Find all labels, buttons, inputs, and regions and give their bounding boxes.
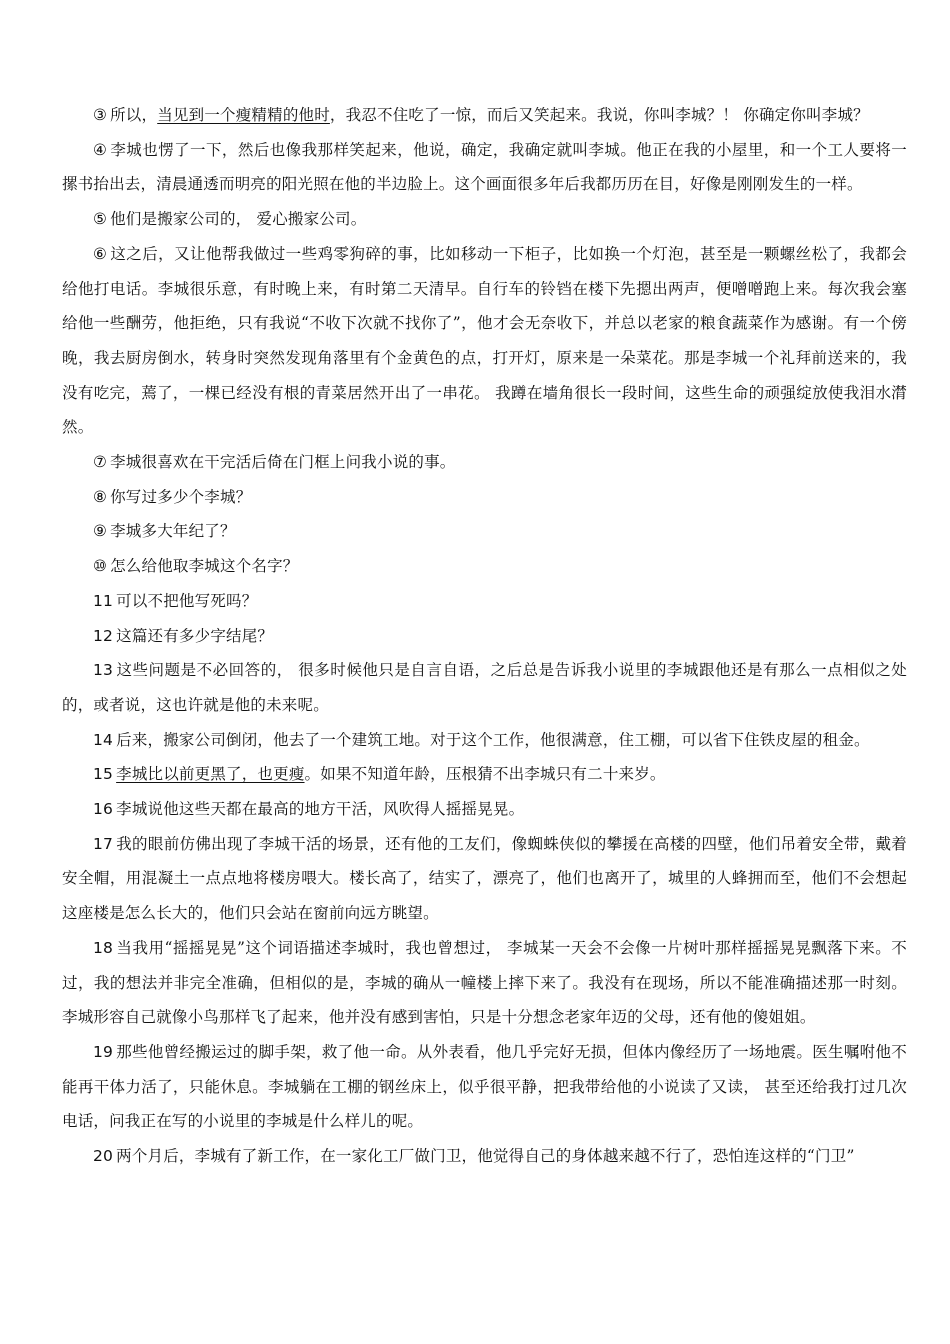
paragraph-text: 那些他曾经搬运过的脚手架，救了他一命。从外表看，他几乎完好无损，但体内像经历了一… bbox=[62, 1043, 907, 1130]
underlined-phrase: 李城比以前更黑了，也更瘦 bbox=[116, 765, 304, 783]
paragraph-11: 11可以不把他写死吗？ bbox=[62, 584, 907, 619]
paragraph-text: 怎么给他取李城这个名字？ bbox=[110, 557, 298, 575]
paragraph-number: 20 bbox=[93, 1147, 113, 1165]
paragraph-7: ⑦李城很喜欢在干完活后倚在门框上问我小说的事。 bbox=[62, 445, 907, 480]
paragraph-3: ③所以，当见到一个瘦精精的他时，我忍不住吃了一惊，而后又笑起来。我说，你叫李城？… bbox=[62, 98, 907, 133]
paragraph-text: 他们是搬家公司的， 爱心搬家公司。 bbox=[110, 210, 366, 228]
paragraph-13: 13这些问题是不必回答的， 很多时候他只是自言自语，之后总是告诉我小说里的李城跟… bbox=[62, 653, 907, 722]
paragraph-4: ④李城也愣了一下，然后也像我那样笑起来，他说，确定，我确定就叫李城。他正在我的小… bbox=[62, 133, 907, 202]
paragraph-number: 19 bbox=[93, 1043, 113, 1061]
paragraph-number: 16 bbox=[93, 800, 113, 818]
paragraph-text: 可以不把他写死吗？ bbox=[116, 592, 257, 610]
paragraph-number: 18 bbox=[93, 939, 113, 957]
paragraph-text: 我的眼前仿佛出现了李城干活的场景，还有他的工友们，像蜘蛛侠似的攀援在高楼的四壁，… bbox=[62, 835, 907, 922]
paragraph-number: 12 bbox=[93, 627, 113, 645]
paragraph-text: 李城很喜欢在干完活后倚在门框上问我小说的事。 bbox=[110, 453, 455, 471]
paragraph-number: ⑤ bbox=[93, 210, 107, 228]
paragraph-14: 14后来，搬家公司倒闭，他去了一个建筑工地。对于这个工作，他很满意，住工棚，可以… bbox=[62, 723, 907, 758]
paragraph-9: ⑨李城多大年纪了？ bbox=[62, 514, 907, 549]
paragraph-number: 13 bbox=[93, 661, 113, 679]
paragraph-text: 这之后，又让他帮我做过一些鸡零狗碎的事，比如移动一下柜子，比如换一个灯泡，甚至是… bbox=[62, 245, 907, 437]
paragraph-text: 后来，搬家公司倒闭，他去了一个建筑工地。对于这个工作，他很满意，住工棚，可以省下… bbox=[116, 731, 870, 749]
paragraph-6: ⑥这之后，又让他帮我做过一些鸡零狗碎的事，比如移动一下柜子，比如换一个灯泡，甚至… bbox=[62, 237, 907, 445]
paragraph-number: 14 bbox=[93, 731, 113, 749]
paragraph-12: 12这篇还有多少字结尾？ bbox=[62, 619, 907, 654]
paragraph-number: 17 bbox=[93, 835, 113, 853]
paragraph-number: ⑨ bbox=[93, 522, 107, 540]
paragraph-8: ⑧你写过多少个李城？ bbox=[62, 480, 907, 515]
paragraph-text: 李城说他这些天都在最高的地方干活，风吹得人摇摇晃晃。 bbox=[116, 800, 524, 818]
paragraph-text-tail: 。如果不知道年龄，压根猜不出李城只有二十来岁。 bbox=[305, 765, 666, 783]
underlined-phrase: 当见到一个瘦精精的他时 bbox=[157, 106, 330, 124]
paragraph-number: ③ bbox=[93, 106, 107, 124]
paragraph-18: 18当我用“摇摇晃晃”这个词语描述李城时，我也曾想过， 李城某一天会不会像一片树… bbox=[62, 931, 907, 1035]
paragraph-text-tail: ，我忍不住吃了一惊，而后又笑起来。我说，你叫李城？！ 你确定你叫李城？ bbox=[330, 106, 869, 124]
paragraph-text: 当我用“摇摇晃晃”这个词语描述李城时，我也曾想过， 李城某一天会不会像一片树叶那… bbox=[62, 939, 907, 1026]
paragraph-text: 李城也愣了一下，然后也像我那样笑起来，他说，确定，我确定就叫李城。他正在我的小屋… bbox=[62, 141, 907, 194]
paragraph-text: 这些问题是不必回答的， 很多时候他只是自言自语，之后总是告诉我小说里的李城跟他还… bbox=[62, 661, 907, 714]
paragraph-15: 15李城比以前更黑了，也更瘦。如果不知道年龄，压根猜不出李城只有二十来岁。 bbox=[62, 757, 907, 792]
paragraph-16: 16李城说他这些天都在最高的地方干活，风吹得人摇摇晃晃。 bbox=[62, 792, 907, 827]
paragraph-number: ④ bbox=[93, 141, 107, 159]
paragraph-number: ⑧ bbox=[93, 488, 107, 506]
paragraph-10: ⑩怎么给他取李城这个名字？ bbox=[62, 549, 907, 584]
paragraph-number: ⑩ bbox=[93, 557, 107, 575]
paragraph-text: 所以， bbox=[110, 106, 157, 124]
paragraph-5: ⑤他们是搬家公司的， 爱心搬家公司。 bbox=[62, 202, 907, 237]
paragraph-20: 20两个月后，李城有了新工作，在一家化工厂做门卫，他觉得自己的身体越来越不行了，… bbox=[62, 1139, 907, 1174]
paragraph-text: 这篇还有多少字结尾？ bbox=[116, 627, 273, 645]
paragraph-number: ⑥ bbox=[93, 245, 107, 263]
paragraph-text: 李城多大年纪了？ bbox=[110, 522, 236, 540]
paragraph-19: 19那些他曾经搬运过的脚手架，救了他一命。从外表看，他几乎完好无损，但体内像经历… bbox=[62, 1035, 907, 1139]
paragraph-text: 你写过多少个李城？ bbox=[110, 488, 251, 506]
paragraph-text: 两个月后，李城有了新工作，在一家化工厂做门卫，他觉得自己的身体越来越不行了，恐怕… bbox=[116, 1147, 854, 1165]
paragraph-number: ⑦ bbox=[93, 453, 107, 471]
paragraph-number: 11 bbox=[93, 592, 113, 610]
document-page: ③所以，当见到一个瘦精精的他时，我忍不住吃了一惊，而后又笑起来。我说，你叫李城？… bbox=[62, 98, 907, 1174]
paragraph-17: 17我的眼前仿佛出现了李城干活的场景，还有他的工友们，像蜘蛛侠似的攀援在高楼的四… bbox=[62, 827, 907, 931]
paragraph-number: 15 bbox=[93, 765, 113, 783]
